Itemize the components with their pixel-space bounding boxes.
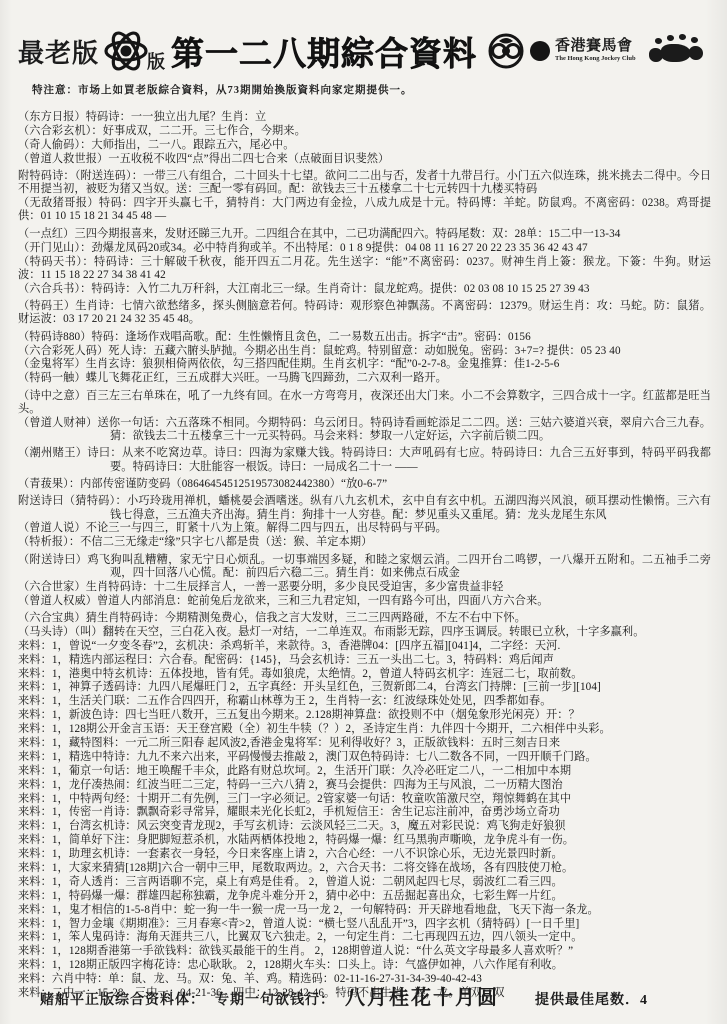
text-line: 来料：1，鬼才相信的1-5-8肖中：蛇一狗一牛一猴一虎一马一龙 2，一句解特码：… <box>18 904 711 917</box>
text-line: 来料：1，精选内部运程曰：六合春。配密码：{145}，马会玄机诗：三五一头出二七… <box>18 654 711 667</box>
text-line: （附送诗曰）鸡飞狗叫乱糟糟，家无宁日心烦乱。一切事端因多疑，和睦之家烟云消。二四… <box>18 554 711 581</box>
text-line: （六合彩玄机）：好事成双，二二开。三七作合，今期来。 <box>18 125 711 138</box>
text-line: （特码天书）：特码诗：三十解破千秋夜，能开四五二月花。先生送字：“能”不离密码：… <box>18 256 711 283</box>
atom-flower-logo-icon <box>103 29 149 73</box>
text-line: 来料：1，大家来猜猜[128期]六合一朝中三甲，尾数取两边。2，六合天书：二将交… <box>18 862 711 875</box>
text-line: 来料：1，128期香港第一手欲钱料：欲钱买最能干的生肖。 2，128期曾道人说：… <box>18 945 711 958</box>
black-dot-icon <box>530 41 550 61</box>
text-line: （开门见山）：劲爆龙凤码20或34。必中特肖狗或羊。不出特尾：0 1 8 9提供… <box>18 242 711 255</box>
text-line: 来料：1，中特两句经：十期开二有先例，三门一字必须记。2管家婆一句话：牧童吹笛激… <box>18 793 711 806</box>
page-title: 第一二八期綜合資料 <box>171 28 477 75</box>
club-name-en: The Hong Kong Jockey Club <box>555 56 636 63</box>
text-line: 来料：1，精选中特诗：九九不来六出来，平码慢慢去推敲 2，澳门双色特码诗：七八二… <box>18 751 711 764</box>
text-line: 来料：1，传密一肖诗：飘飘奇彩寻常异，耀眼耒光化长虹2，手机短信王：舍生记忘注前… <box>18 806 711 819</box>
text-line: （六合兵书）：特码诗：入竹二九万秆斜，大江南北三一绿。生肖奇计：鼠龙蛇鸡。提供：… <box>18 283 711 296</box>
text-line: （特析报）：不信二三无缘走“缘”只字七八都是贵（送：猴、羊定本期） <box>18 536 711 549</box>
text-line: （金鬼将军）生肖玄诗：狼狈相倚两依依，勾三搭四配佳期。生肖玄机字：“配”0-2-… <box>18 358 711 371</box>
footer: 赌船平正版综合资料体： 专期一句欲钱行： 八月桂花十月圆 提供最佳尾数．4 <box>40 981 707 1010</box>
text-line: 来料：1，藏特图料：一元二所三阳春 起风波2,香港金鬼将军：见利得收好？3，正版… <box>18 737 711 750</box>
text-line: （特码一触）蝶儿飞舞花正红，三五成群大兴旺。一马腾飞四蹄劲，二六双利一路开。 <box>18 372 711 385</box>
footer-mid-label: 专期一句欲钱行： <box>215 989 335 1009</box>
text-line: 来料：1，生活关门联：二五作合四四开，称霸山林尊为王 2，生肖特一玄：红波绿珠处… <box>18 695 711 708</box>
header: 最老版 版 第一二八期綜合資料 香港賽馬會 The Hong Kong Jock… <box>18 22 711 80</box>
text-line: （青菝果）：内部传密谨防变码（0864645451251957308244238… <box>18 478 711 491</box>
edition-suffix-label: 版 <box>147 48 165 80</box>
text-line: 来料：1，助理玄机诗：一套素衣一身轻，今日来客座上请 2，六合心经：一八不识馀心… <box>18 848 711 861</box>
footer-left-label: 赌船平正版综合资料体： <box>40 989 205 1009</box>
footer-phrase: 八月桂花十月圆 <box>345 981 499 1010</box>
text-line: 来料：1，葡京一句话：地王唤醒千丰众，此路有财总坎坷。2，生活开门联：久冷必旺定… <box>18 765 711 778</box>
text-line: 来料：1，奇人透肖：三言两语聊不完，桌上有鸡是佳肴。 2，曾道人说：二朝风起四七… <box>18 876 711 889</box>
text-line: 来料：1，神算子透码诗：九四八尾爆旺门 2，五字真经：开头呈红色，三贺新郎二4，… <box>18 681 711 694</box>
text-line: 来料：1，笨人鬼码诗：海角天涯共三八，比翼双飞六独走。2，一句定生肖：二七再现四… <box>18 931 711 944</box>
text-line: （一点红）三四今期报喜来，发财还睇三九开。二四组合在其中，二已功满配四六。特码尾… <box>18 228 711 241</box>
text-line: 附送诗曰（猜特码）：小巧玲珑用禅机，蟠桃晏会酒嗜迷。纵有八九玄机术，玄中自有玄中… <box>18 495 711 522</box>
text-line: 来料：1，龙仔凑热闹：红波当旺二三定，特码一三六八猜 2，赛马会提供：四海为王与… <box>18 779 711 792</box>
text-line: （曾道人权威）曾道人内部消息：蛇前兔后龙欲来，三和三九君定知，一四有路今可出，四… <box>18 595 711 608</box>
text-line: （无敌猪哥报）特码：四字开头赢七千，猜特肖：大门两边有金捡，八成九成是十元。特码… <box>18 197 711 224</box>
text-line: （六合世家）生肖特码诗：十二生辰择言人，一善一恶要分明，多少良民受迫害，多少富贵… <box>18 581 711 594</box>
club-name-cn: 香港賽馬會 <box>555 39 636 54</box>
text-line: （特码王）生肖诗：七情六欲愁绪多，探头侧脑意若何。特码诗：观形察色神飘荡。不离密… <box>18 300 711 327</box>
text-line: （奇人偷码）：大师指出，二一八。跟踪五六，尾必中。 <box>18 139 711 152</box>
text-line: （六合彩死人码）死人诗：五藏六腑头胪抛。今期必出生肖：鼠蛇鸡。特别留意：动如脱兔… <box>18 345 711 358</box>
text-line: 来料：1，新波色诗：四七当旺八数开，三五复出今期来。2.128期神算盘：欲投则不… <box>18 709 711 722</box>
text-line: 来料：1，港奥中特玄机诗：五体投地，皆有凭。毒如狼虎，太绝情。2，曾道人特码玄机… <box>18 668 711 681</box>
text-line: （东方日报）特码诗：一一独立出九尾？生肖：立 <box>18 111 711 124</box>
text-line: （潮州赌王）诗曰：从来不吃窝边草。诗曰：四海为家赚大钱。特码诗曰：大声吼码有七应… <box>18 447 711 474</box>
text-line: （马头诗）（叫）翻转在天空，三白花入夜。悬灯一对结，一二单连双。布雨影无踪，四序… <box>18 626 711 639</box>
edition-label: 最老版 <box>18 33 99 70</box>
text-line: 来料：1，简单好下注：身肥脚短惹杀机，水陆两栖体投地 2，特码爆一爆：红马黑驹声… <box>18 834 711 847</box>
edition-notice: 特注意：市场上如買老版綜合資料，从73期開始換版資料向家定期提供一。 <box>32 82 711 97</box>
text-line: 来料：1，台湾玄机诗：风云突变青龙现2，手写玄机诗：云淡风轻三二天。3，魔五对彩… <box>18 820 711 833</box>
footer-best-tail: 提供最佳尾数．4 <box>535 989 648 1009</box>
text-line: （曾道人说）不论三一与四三，盯紧十八为上策。解得二四与四五，出尽特码与平码。 <box>18 522 711 535</box>
text-line: 来料：1，智力金壤《期期准》：三月春寒<青>2，曾道人说：“横七竖八乱乱开”3，… <box>18 918 711 931</box>
jockey-club-emblem-icon <box>487 33 525 69</box>
text-line: 来料：1，特码爆一爆：群雄四起称独霸，龙争虎斗难分开 2，猜中必中：五岳掘起喜出… <box>18 890 711 903</box>
text-line: 来料：1，128期公开金言玉语：天王登宫殿（全）初生牛犊（？）2，圣诗定生肖：九… <box>18 723 711 736</box>
club-name-block: 香港賽馬會 The Hong Kong Jockey Club <box>555 39 636 63</box>
scanned-lottery-sheet: 最老版 版 第一二八期綜合資料 香港賽馬會 The Hong Kong Jock… <box>0 0 727 1024</box>
text-line: （曾道人财神）送你一句话：六五落珠不相同。今期特码：乌云闭日。特码诗看画蛇添足二… <box>18 417 711 444</box>
text-line: （曾道人救世报）一五收税不收四“点”得出二四七合来（点破面目识斐然） <box>18 153 711 166</box>
text-line: 来料：1，曾说“一夕变冬春”2，玄机决：杀鸡斩羊，来款待。3，香港牌04：[四序… <box>18 640 711 653</box>
jockey-club-block: 香港賽馬會 The Hong Kong Jockey Club <box>487 33 705 69</box>
text-line: （诗中之意）百三左三右单珠在，吼了一九终有回。在水一方弯弯月，夜深还出大门来。小… <box>18 390 711 417</box>
text-line: （六合宝典）猜生肖特码诗：今期精测兔费心，信我之言大发财，三二三四两路碰，不左不… <box>18 612 711 625</box>
text-line: （特码诗880）特码：逢场作戏唱高歌。配：生性懒惰且贪色，二一易数五出击。拆字“… <box>18 331 711 344</box>
text-line: 来料：1，128期正版四字梅花诗：忠心耿耿。 2，128期火车头：口头上。诗：气… <box>18 959 711 972</box>
text-body: （东方日报）特码诗：一一独立出九尾？生肖：立（六合彩玄机）：好事成双，二二开。三… <box>18 111 711 1000</box>
text-line: 附特码诗：（附送连码）：一带三八有组合，二十回头十七望。欲问二二出与否，发者十九… <box>18 170 711 197</box>
seal-stamp-icon <box>647 34 705 68</box>
